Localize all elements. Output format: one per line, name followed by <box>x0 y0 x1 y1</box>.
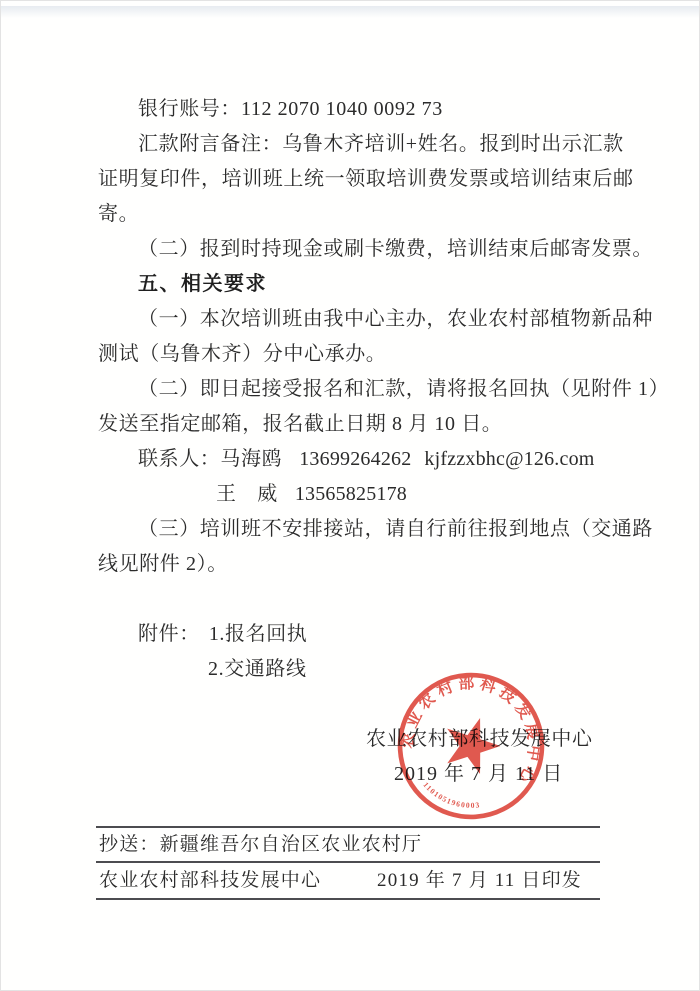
paragraph-line: 银行账号：112 2070 1040 0092 73 <box>98 92 610 127</box>
paragraph-line: （二）报到时持现金或刷卡缴费，培训结束后邮寄发票。 <box>98 232 610 267</box>
document-page: 银行账号：112 2070 1040 0092 73 汇款附言备注：乌鲁木齐培训… <box>0 0 700 991</box>
contact-name: 马海鸥 <box>220 448 282 470</box>
contact-phone: 13565825178 <box>295 483 407 505</box>
paragraph-line: 测试（乌鲁木齐）分中心承办。 <box>98 337 610 372</box>
contact-row: 王 威13565825178 <box>98 477 610 512</box>
blank-line <box>98 582 610 617</box>
scan-shadow <box>1 6 699 18</box>
paragraph-line: （二）即日起接受报名和汇款，请将报名回执（见附件 1） <box>98 372 610 407</box>
footer-rule-bottom <box>96 898 600 900</box>
seal-star-icon <box>437 709 507 777</box>
print-date: 2019 年 7 月 11 日印发 <box>377 863 582 898</box>
contact-row: 联系人：马海鸥13699264262kjfzzxbhc@126.com <box>98 442 610 477</box>
issuer-name: 农业农村部科技发展中心 <box>99 863 321 898</box>
paragraph-line: 汇款附言备注：乌鲁木齐培训+姓名。报到时出示汇款 <box>98 127 610 162</box>
paragraph-line: 发送至指定邮箱，报名截止日期 8 月 10 日。 <box>98 407 610 442</box>
cc-row: 抄送：新疆维吾尔自治区农业农村厅 <box>96 828 600 861</box>
contact-email: kjfzzxbhc@126.com <box>424 448 594 470</box>
issue-row: 农业农村部科技发展中心 2019 年 7 月 11 日印发 <box>96 863 600 898</box>
seal-code: 1101051960003 <box>418 779 484 816</box>
paragraph-line: （一）本次培训班由我中心主办，农业农村部植物新品种 <box>98 302 610 337</box>
document-footer: 抄送：新疆维吾尔自治区农业农村厅 农业农村部科技发展中心 2019 年 7 月 … <box>96 826 600 900</box>
attachments-label: 附件： <box>138 623 200 645</box>
paragraph-line: 寄。 <box>98 197 610 232</box>
attachments-row: 附件：1.报名回执 <box>98 617 610 652</box>
paragraph-line: 线见附件 2）。 <box>98 547 610 582</box>
section-heading: 五、相关要求 <box>98 267 610 302</box>
paragraph-line: （三）培训班不安排接站，请自行前往报到地点（交通路 <box>98 512 610 547</box>
attachment-item: 2.交通路线 <box>98 652 610 687</box>
attachment-item: 1.报名回执 <box>209 623 308 645</box>
paragraph-line: 证明复印件，培训班上统一领取培训费发票或培训结束后邮 <box>98 162 610 197</box>
contact-label: 联系人： <box>138 448 220 470</box>
contact-name: 王 威 <box>216 483 278 505</box>
svg-text:1101051960003: 1101051960003 <box>418 779 484 816</box>
contact-phone: 13699264262 <box>299 448 411 470</box>
